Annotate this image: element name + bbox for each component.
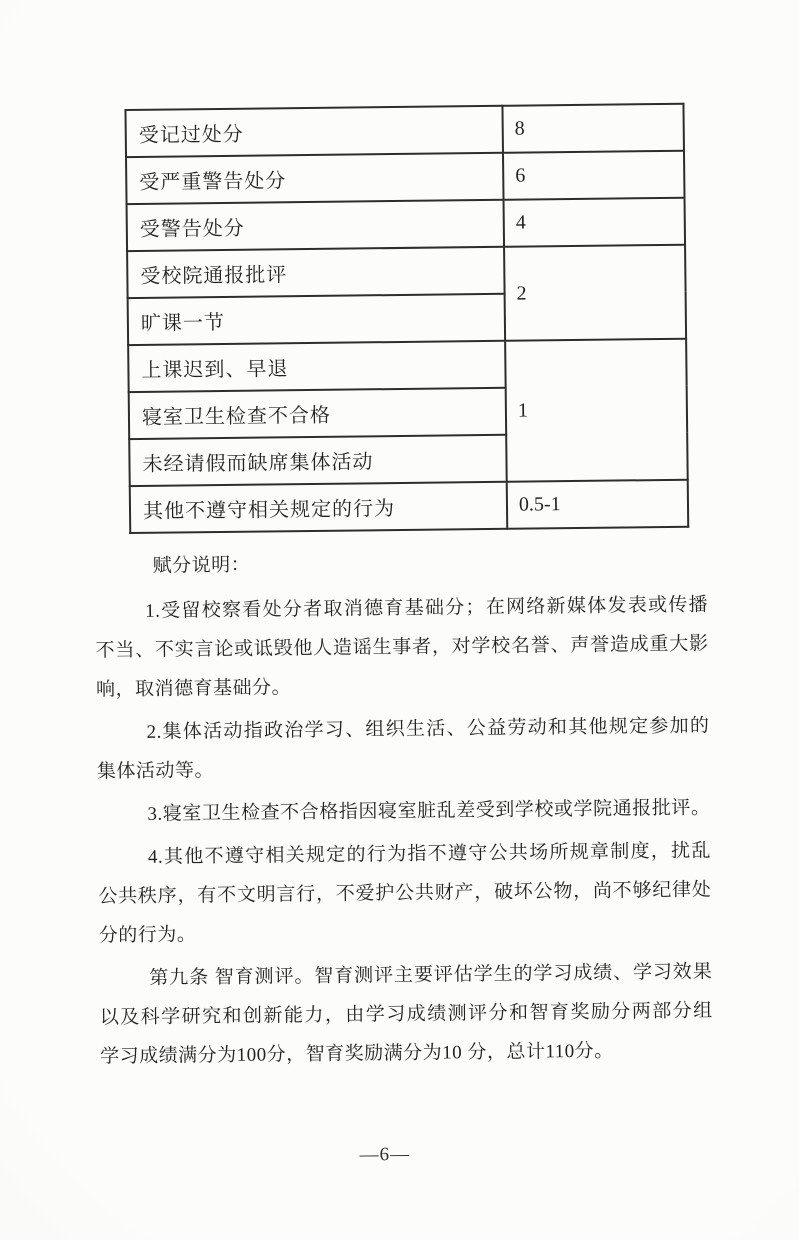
table-row: 其他不遵守相关规定的行为 0.5-1 [130,480,688,533]
notes-heading: 赋分说明： [94,541,707,587]
notes-paragraph: 1.受留校察看处分者取消德育基础分；在网络新媒体发表或传播 不当、不实言论或诋毁… [95,586,709,710]
text-line: 响，取消德育基础分。 [96,663,709,709]
score-value-cell: 0.5-1 [507,480,689,529]
document-page: 受记过处分 8 受严重警告处分 6 受警告处分 4 受校院通报批评 2 旷课一节 [0,0,799,1240]
text-line: 分的行为。 [99,909,712,955]
behavior-label-cell: 其他不遵守相关规定的行为 [130,482,508,533]
notes-paragraph: 4.其他不遵守相关规定的行为指不遵守公共场所规章制度，扰乱 公共秩序，有不文明言… [98,831,712,955]
behavior-label-cell: 寝室卫生检查不合格 [129,388,507,439]
notes-paragraph: 3.寝室卫生检查不合格指因寝室脏乱差受到学校或学院通报批评。 [97,788,710,834]
article-nine-paragraph: 第九条 智育测评。智育测评主要评估学生的学习成绩、学习效果 以及科学研究和创新能… [99,952,713,1076]
behavior-label-cell: 受记过处分 [125,106,503,157]
behavior-label-cell: 受校院通报批评 [127,247,505,298]
text-line: 学习成绩满分为100分，智育奖励满分为10 分，总计110分。 [100,1030,713,1076]
table-row: 受严重警告处分 6 [126,151,684,204]
table-row: 受警告处分 4 [127,198,685,251]
page-number: —6— [0,1140,784,1171]
text-line: 公共秩序，有不文明言行，不爱护公共财产，破坏公物，尚不够纪律处 [98,870,711,916]
behavior-label-cell: 未经请假而缺席集体活动 [129,435,507,486]
table-row: 受校院通报批评 2 [127,245,685,298]
score-value-cell: 6 [503,151,685,200]
text-line: 2.集体活动指政治学习、组织生活、公益劳动和其他规定参加的 [96,706,709,752]
table-row: 受记过处分 8 [125,104,683,157]
behavior-label-cell: 受警告处分 [127,200,505,251]
behavior-label-cell: 上课迟到、早退 [128,341,506,392]
scan-content: 受记过处分 8 受严重警告处分 6 受警告处分 4 受校院通报批评 2 旷课一节 [0,0,799,1240]
table-row: 上课迟到、早退 1 [128,339,686,392]
score-value-cell: 8 [502,104,684,153]
notes-section: 赋分说明： 1.受留校察看处分者取消德育基础分；在网络新媒体发表或传播 不当、不… [94,541,713,1077]
text-line: 3.寝室卫生检查不合格指因寝室脏乱差受到学校或学院通报批评。 [97,788,710,834]
behavior-label-cell: 旷课一节 [128,294,506,345]
score-value-cell: 4 [504,198,686,247]
deduction-score-table: 受记过处分 8 受严重警告处分 6 受警告处分 4 受校院通报批评 2 旷课一节 [124,103,689,534]
behavior-label-cell: 受严重警告处分 [126,153,504,204]
notes-paragraph: 2.集体活动指政治学习、组织生活、公益劳动和其他规定参加的 集体活动等。 [96,706,710,791]
text-line: 以及科学研究和创新能力，由学习成绩测评分和智育奖励分两部分组成。 [100,991,713,1037]
score-value-cell: 2 [504,245,686,341]
text-line: 集体活动等。 [97,745,710,791]
score-value-cell: 1 [505,339,688,482]
text-line: 不当、不实言论或诋毁他人造谣生事者，对学校名誉、声誉造成重大影 [95,624,708,670]
